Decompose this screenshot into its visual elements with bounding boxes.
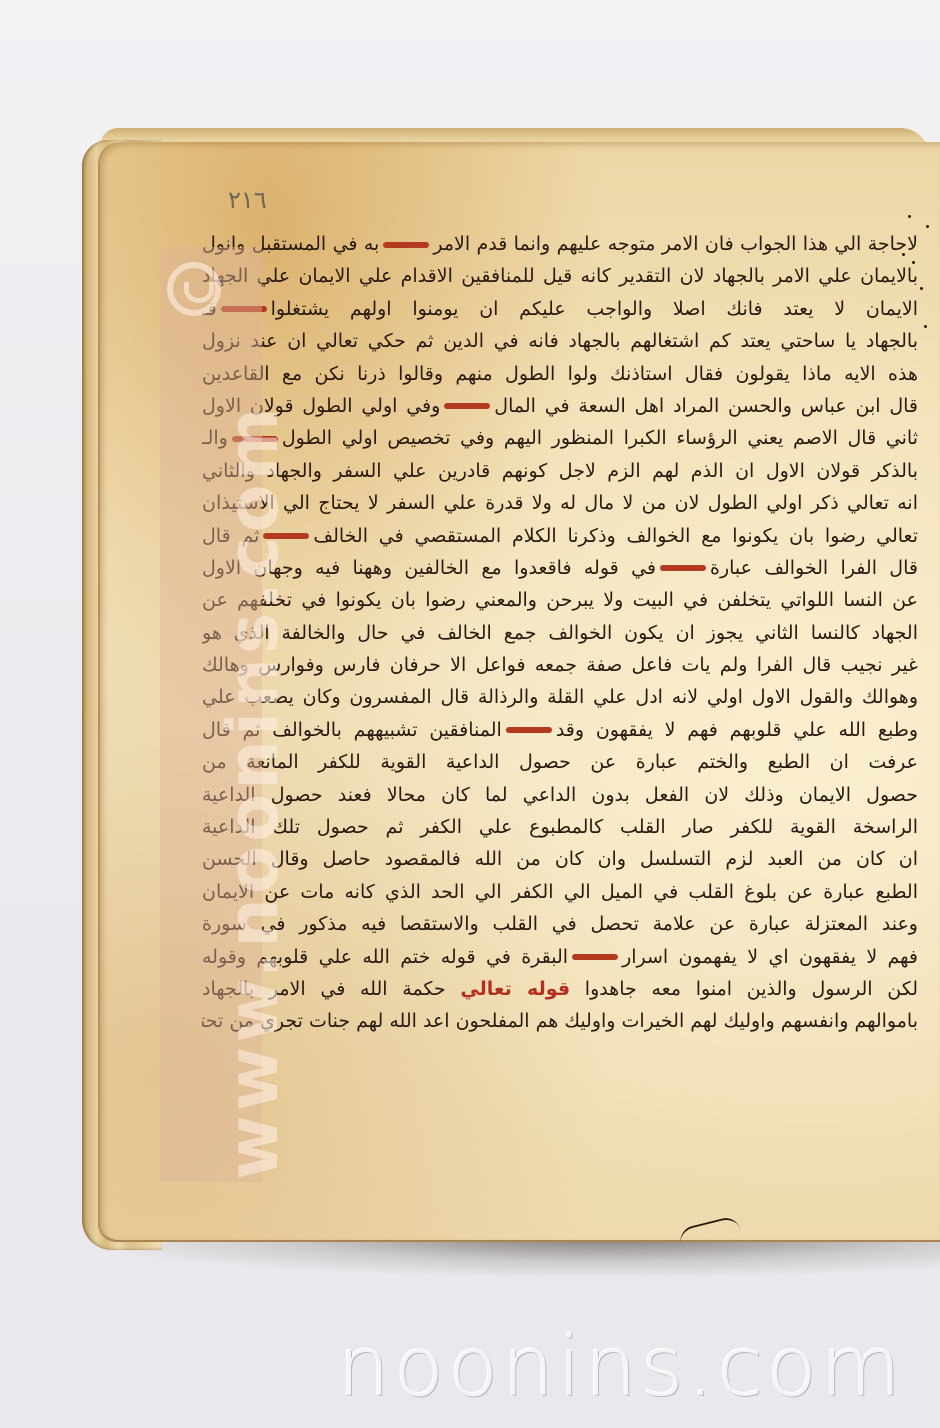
text-line: عرفت ان الطبع والختم عبارة عن حصول الداع… xyxy=(202,746,918,778)
text-line: بالايمان علي الامر بالجهاد لان التقدير ك… xyxy=(202,260,918,292)
line-text: هذه الايه ماذا يقولون فقال استاذنك ولوا … xyxy=(202,363,918,385)
text-line: هذه الايه ماذا يقولون فقال استاذنك ولوا … xyxy=(202,358,918,390)
line-text: لاحاجة الي هذا الجواب فان الامر متوجه عل… xyxy=(433,233,918,255)
line-text: وهوالك والقول الاول اولي لانه ادل علي ال… xyxy=(202,686,918,708)
line-text: قال الفرا الخوالف عبارة xyxy=(710,557,918,579)
ink-dot xyxy=(926,225,929,228)
text-line: قال الفرا الخوالف عبارةفي قوله فاقعدوا م… xyxy=(202,552,918,584)
text-line: لكن الرسول والذين امنوا معه جاهدوا قوله … xyxy=(202,973,918,1005)
book-shadow xyxy=(96,1236,940,1276)
line-text: وطبع الله علي قلوبهم فهم لا يفقهون وقد xyxy=(556,719,918,741)
rubric-stroke xyxy=(383,242,429,248)
folio-number: ٢١٦ xyxy=(228,186,267,214)
text-line: وعند المعتزلة عبارة عن علامة تحصل في الق… xyxy=(202,908,918,940)
line-text: ان كان من العبد لزم التسلسل وان كان من ا… xyxy=(202,848,918,870)
text-line: باموالهم وانفسهم واوليك لهم الخيرات واول… xyxy=(202,1005,918,1037)
line-text: بالذكر قولان الاول ان الذم لهم الزم لاجل… xyxy=(202,460,918,482)
line-text: بالجهاد يا ساحتي يعتد كم اشتغالهم بالجها… xyxy=(202,330,918,352)
text-line: ان كان من العبد لزم التسلسل وان كان من ا… xyxy=(202,843,918,875)
photo-stage: ٢١٦ لاحاجة الي هذا الجواب فان الامر متوج… xyxy=(0,0,940,1428)
rubric-heading: قوله تعالي xyxy=(460,978,570,1000)
line-text: لكن الرسول والذين امنوا معه جاهدوا xyxy=(585,978,918,1000)
watermark-bottom-text: noonins.com xyxy=(338,1320,905,1415)
text-line: لاحاجة الي هذا الجواب فان الامر متوجه عل… xyxy=(202,228,918,260)
line-text: الجهاد كالنسا الثاني يجوز ان يكون الخوال… xyxy=(202,622,918,644)
text-line: وطبع الله علي قلوبهم فهم لا يفقهون وقدال… xyxy=(202,714,918,746)
text-line: تعالي رضوا بان يكونوا مع الخوالف وذكرنا … xyxy=(202,520,918,552)
line-text: وعند المعتزلة عبارة عن علامة تحصل في الق… xyxy=(202,913,918,935)
line-text: حصول الايمان وذلك لان الفعل بدون الداعي … xyxy=(202,784,918,806)
rubric-stroke xyxy=(572,954,618,960)
ink-dot xyxy=(920,287,923,290)
text-line: انه تعالي ذكر اولي الطول لان من لا مال ل… xyxy=(202,487,918,519)
line-text: عن النسا اللواتي يتخلفن في البيت ولا يبر… xyxy=(202,589,918,611)
line-text: غير نجيب قال الفرا ولم يات فاعل صفة جمعه… xyxy=(202,654,918,676)
line-text: ثاني قال الاصم يعني الرؤساء الكبرا المنظ… xyxy=(282,427,918,449)
ink-dot xyxy=(924,325,927,328)
line-text: بالايمان علي الامر بالجهاد لان التقدير ك… xyxy=(202,265,918,287)
text-line: عن النسا اللواتي يتخلفن في البيت ولا يبر… xyxy=(202,584,918,616)
manuscript-text-block: لاحاجة الي هذا الجواب فان الامر متوجه عل… xyxy=(202,228,918,1038)
line-text: قال ابن عباس والحسن المراد اهل السعة في … xyxy=(494,395,918,417)
noon-logo-icon xyxy=(167,262,221,316)
text-line: الراسخة القوية للكفر صار القلب كالمطبوع … xyxy=(202,811,918,843)
ink-dot xyxy=(908,215,911,218)
rubric-stroke xyxy=(660,565,706,571)
text-line: حصول الايمان وذلك لان الفعل بدون الداعي … xyxy=(202,779,918,811)
line-text: انه تعالي ذكر اولي الطول لان من لا مال ل… xyxy=(202,492,918,514)
text-line: قال ابن عباس والحسن المراد اهل السعة في … xyxy=(202,390,918,422)
text-line: ثاني قال الاصم يعني الرؤساء الكبرا المنظ… xyxy=(202,422,918,454)
text-line: الايمان لا يعتد فانك اصلا والواجب عليكم … xyxy=(202,293,918,325)
text-line: الطبع عبارة عن بلوغ القلب في الميل الي ا… xyxy=(202,876,918,908)
line-text: فهم لا يفقهون اي لا يفهمون اسرار xyxy=(622,946,918,968)
line-text: تعالي رضوا بان يكونوا مع الخوالف وذكرنا … xyxy=(313,525,918,547)
text-line: بالذكر قولان الاول ان الذم لهم الزم لاجل… xyxy=(202,455,918,487)
text-line: وهوالك والقول الاول اولي لانه ادل علي ال… xyxy=(202,681,918,713)
watermark-vertical-text: www.noonins.com xyxy=(212,403,294,1180)
line-text: الطبع عبارة عن بلوغ القلب في الميل الي ا… xyxy=(202,881,918,903)
rubric-stroke xyxy=(506,727,552,733)
text-line: بالجهاد يا ساحتي يعتد كم اشتغالهم بالجها… xyxy=(202,325,918,357)
line-text: الراسخة القوية للكفر صار القلب كالمطبوع … xyxy=(202,816,918,838)
line-text: باموالهم وانفسهم واوليك لهم الخيرات واول… xyxy=(202,1010,918,1032)
text-line: الجهاد كالنسا الثاني يجوز ان يكون الخوال… xyxy=(202,617,918,649)
text-line: غير نجيب قال الفرا ولم يات فاعل صفة جمعه… xyxy=(202,649,918,681)
line-text: عرفت ان الطبع والختم عبارة عن حصول الداع… xyxy=(202,751,918,773)
rubric-stroke xyxy=(444,403,490,409)
text-line: فهم لا يفقهون اي لا يفهمون اسرارالبقرة ف… xyxy=(202,941,918,973)
line-text: الايمان لا يعتد فانك اصلا والواجب عليكم … xyxy=(271,298,918,320)
